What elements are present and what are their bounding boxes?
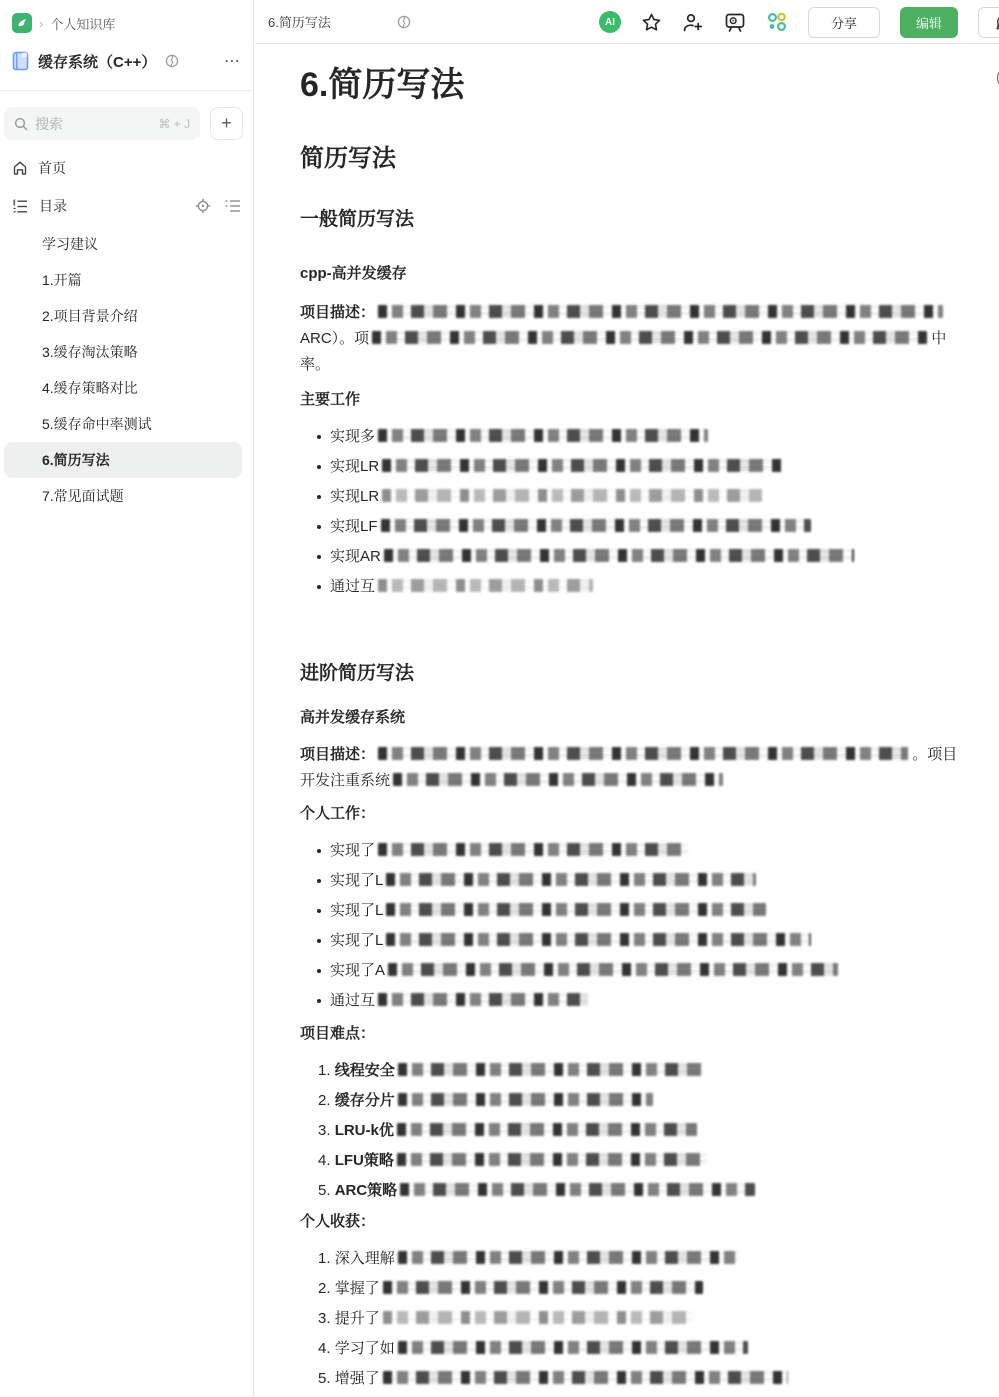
redacted-text [382, 489, 762, 502]
ai-assistant-button[interactable]: AI [599, 11, 621, 33]
redacted-text [378, 993, 588, 1006]
redacted-text [393, 773, 723, 786]
sidebar-toc-label: 目录 [39, 196, 67, 216]
list-item: 实现AR [300, 542, 978, 572]
item-prefix: 学习了如 [335, 1340, 395, 1357]
list-item: 通过互 [300, 986, 978, 1016]
toc-item[interactable]: 1.开篇 [4, 262, 242, 298]
desc-label: 项目描述： [300, 304, 375, 321]
difficulty-list: 线程安全 缓存分片 LRU-k优 LFU策略 ARC策略 [300, 1056, 978, 1206]
redacted-text [378, 429, 708, 442]
item-prefix: 增强了 [335, 1370, 380, 1387]
sidebar: › 个人知识库 缓存系统（C++） ⋯ 搜索 ⌘ + J + 首页 [0, 0, 254, 1397]
document[interactable]: 6.简历写法 简历写法 一般简历写法 cpp-高并发缓存 项目描述： ARC）。… [255, 66, 999, 1394]
personal-work-label: 个人工作： [300, 804, 978, 824]
collapse-all-icon[interactable] [224, 199, 241, 213]
list-item: 缓存分片 [300, 1086, 978, 1116]
toc-item-active[interactable]: 6.简历写法 [4, 442, 242, 478]
redacted-text [383, 1371, 788, 1384]
item-prefix: 缓存分片 [335, 1092, 395, 1109]
bullet-prefix: 实现多 [330, 428, 375, 445]
redacted-text [378, 747, 908, 760]
search-icon [14, 117, 28, 131]
doc-tab[interactable]: 6.简历写法 [268, 12, 331, 31]
list-item: 实现LR [300, 452, 978, 482]
topbar: 6.简历写法 AI 分享 编辑 [255, 0, 999, 44]
sidebar-home-label: 首页 [38, 158, 66, 178]
bullet-prefix: 实现了L [330, 872, 383, 889]
project-description-paragraph: 项目描述： 。项目 开发注重系统 [300, 742, 978, 794]
bullet-prefix: 实现了A [330, 962, 385, 979]
edit-button[interactable]: 编辑 [900, 7, 958, 38]
search-shortcut: ⌘ + J [158, 117, 190, 131]
toc-item[interactable]: 学习建议 [4, 226, 242, 262]
chevron-right-icon: › [39, 16, 43, 31]
item-prefix: ARC策略 [335, 1182, 398, 1199]
redacted-text [397, 1123, 697, 1136]
share-button[interactable]: 分享 [808, 7, 880, 38]
tab-sync-icon [397, 15, 411, 29]
list-item: 深入理解 [300, 1244, 978, 1274]
locate-current-icon[interactable] [195, 198, 211, 214]
sidebar-item-home[interactable]: 首页 [0, 150, 253, 186]
list-item: LRU-k优 [300, 1116, 978, 1146]
personal-work-list: 实现了 实现了L 实现了L 实现了L 实现了A 通过互 [300, 836, 978, 1016]
item-prefix: 掌握了 [335, 1280, 380, 1297]
desc-label: 项目描述： [300, 746, 375, 763]
item-prefix: 提升了 [335, 1310, 380, 1327]
redacted-text [382, 459, 782, 472]
item-prefix: 线程安全 [335, 1062, 395, 1079]
toc-list: 学习建议 1.开篇 2.项目背景介绍 3.缓存淘汰策略 4.缓存策略对比 5.缓… [0, 226, 253, 514]
toc-item[interactable]: 2.项目背景介绍 [4, 298, 242, 334]
paragraph-text: 开发注重系统 [300, 772, 390, 789]
list-item: 通过互 [300, 572, 978, 602]
app-logo-icon[interactable] [12, 13, 32, 33]
heading-4: 高并发缓存系统 [300, 708, 978, 728]
redacted-text [384, 549, 854, 562]
item-prefix: LRU-k优 [335, 1122, 394, 1139]
heading-4: cpp-高并发缓存 [300, 264, 978, 284]
toc-tree-icon [12, 199, 29, 214]
item-prefix: LFU策略 [335, 1152, 394, 1169]
redacted-text [378, 843, 688, 856]
redacted-text [372, 331, 927, 344]
list-item: 实现了 [300, 836, 978, 866]
doc-title: 6.简历写法 [300, 66, 978, 104]
invite-collaborator-icon[interactable] [682, 12, 704, 33]
toc-item[interactable]: 3.缓存淘汰策略 [4, 334, 242, 370]
difficulty-label: 项目难点： [300, 1024, 978, 1044]
gains-label: 个人收获： [300, 1212, 978, 1232]
item-prefix: 深入理解 [335, 1250, 395, 1267]
toc-item[interactable]: 5.缓存命中率测试 [4, 406, 242, 442]
redacted-text [383, 1311, 693, 1324]
bullet-prefix: 实现了L [330, 932, 383, 949]
home-icon [12, 160, 28, 176]
redacted-text [386, 873, 756, 886]
list-item: 增强了 [300, 1364, 978, 1394]
more-options-button[interactable]: ⋯ [224, 51, 241, 71]
redacted-text [388, 963, 838, 976]
redacted-text [398, 1063, 703, 1076]
heading-3: 进阶简历写法 [300, 662, 978, 686]
redacted-text [400, 1183, 755, 1196]
list-item: 实现LF [300, 512, 978, 542]
paragraph-text: 中 [931, 330, 946, 347]
list-item: LFU策略 [300, 1146, 978, 1176]
redacted-text [398, 1251, 738, 1264]
paragraph-line: ARC）。项 中 [300, 326, 978, 352]
redacted-text [381, 519, 811, 532]
sidebar-item-toc[interactable]: 目录 [0, 188, 253, 224]
list-item: 实现多 [300, 422, 978, 452]
knowledge-base-header: 缓存系统（C++） ⋯ [0, 34, 253, 74]
paragraph-line: 率。 [300, 352, 978, 378]
work-label: 主要工作 [300, 390, 978, 410]
toc-item[interactable]: 7.常见面试题 [4, 478, 242, 514]
list-item: 实现了A [300, 956, 978, 986]
list-item: 实现了L [300, 896, 978, 926]
redacted-text [378, 305, 943, 318]
bullet-prefix: 实现LR [330, 488, 379, 505]
main-area: 6.简历写法 AI 分享 编辑 6.简历写法 简历 [255, 0, 999, 1397]
redacted-text [398, 1093, 653, 1106]
breadcrumb: › 个人知识库 [0, 0, 253, 34]
paragraph-text: ARC）。项 [300, 330, 369, 347]
sync-status-icon [165, 54, 179, 68]
search-input[interactable]: 搜索 ⌘ + J [4, 107, 200, 140]
gains-list: 深入理解 掌握了 提升了 学习了如 增强了 [300, 1244, 978, 1394]
list-item: 实现LR [300, 482, 978, 512]
list-item: ARC策略 [300, 1176, 978, 1206]
redacted-text [397, 1153, 707, 1166]
bullet-prefix: 实现LF [330, 518, 378, 535]
list-item: 实现了L [300, 926, 978, 956]
toc-item[interactable]: 4.缓存策略对比 [4, 370, 242, 406]
star-icon[interactable] [641, 12, 662, 33]
list-item: 提升了 [300, 1304, 978, 1334]
search-row: 搜索 ⌘ + J + [0, 91, 253, 140]
paragraph-line: 开发注重系统 [300, 768, 978, 794]
bullet-prefix: 通过互 [330, 992, 375, 1009]
bullet-prefix: 实现了 [330, 842, 375, 859]
comment-panel-button[interactable] [978, 7, 999, 38]
kb-title[interactable]: 缓存系统（C++） [38, 51, 156, 72]
new-doc-button[interactable]: + [210, 107, 243, 140]
search-placeholder: 搜索 [35, 114, 63, 134]
redacted-text [386, 933, 811, 946]
heading-2: 简历写法 [300, 144, 978, 174]
redacted-text [383, 1281, 703, 1294]
book-icon [12, 51, 29, 71]
heading-3: 一般简历写法 [300, 208, 978, 232]
paragraph-line: 项目描述： 。项目 [300, 742, 978, 768]
bullet-prefix: 通过互 [330, 578, 375, 595]
main-work-list: 实现多 实现LR 实现LR 实现LF 实现AR 通过互 [300, 422, 978, 602]
redacted-text [398, 1341, 748, 1354]
presentation-icon[interactable] [724, 12, 746, 33]
redacted-text [378, 579, 593, 592]
list-item: 掌握了 [300, 1274, 978, 1304]
bullet-prefix: 实现AR [330, 548, 381, 565]
paragraph-line: 项目描述： [300, 300, 978, 326]
redacted-text [386, 903, 766, 916]
bullet-prefix: 实现LR [330, 458, 379, 475]
project-description-paragraph: 项目描述： ARC）。项 中 率。 [300, 300, 978, 378]
list-item: 学习了如 [300, 1334, 978, 1364]
apps-grid-icon[interactable] [766, 11, 788, 33]
list-item: 线程安全 [300, 1056, 978, 1086]
breadcrumb-root[interactable]: 个人知识库 [50, 14, 115, 33]
list-item: 实现了L [300, 866, 978, 896]
paragraph-text: 。项目 [912, 746, 957, 763]
bullet-prefix: 实现了L [330, 902, 383, 919]
